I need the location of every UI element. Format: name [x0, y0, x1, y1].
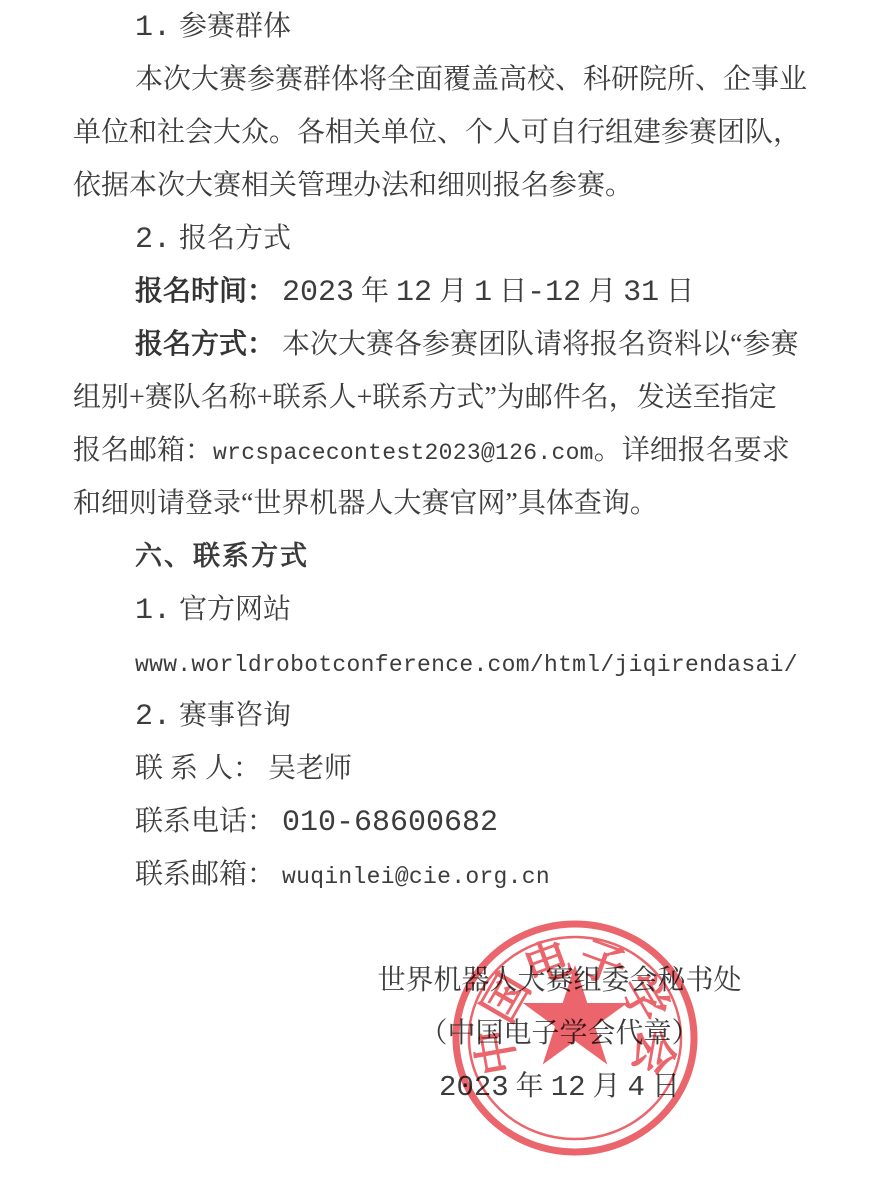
registration-method-line-4: 和细则请登录“世界机器人大赛官网”具体查询。	[73, 477, 798, 530]
text-segment: 依据本次大赛相关管理办法和细则报名参赛。	[73, 170, 633, 201]
text-segment: 赛事咨询	[179, 700, 291, 731]
item-2-heading: 2.报名方式	[73, 212, 798, 265]
text-segment: 31	[623, 276, 659, 310]
website-heading: 1.官方网站	[73, 583, 798, 636]
text-segment: 12	[551, 1071, 586, 1104]
text-segment: 本次大赛各参赛团队请将报名资料以“参赛	[275, 329, 798, 360]
text-segment: wrcspacecontest2023@126.com	[213, 440, 594, 466]
text-segment: 1	[474, 276, 492, 310]
contact-phone-line: 联系电话： 010-68600682	[73, 795, 798, 848]
text-segment: 和细则请登录“世界机器人大赛官网”具体查询。	[73, 488, 658, 519]
section-6-heading: 六、联系方式	[73, 530, 798, 583]
text-segment: 月	[581, 276, 623, 307]
contact-email-line: 联系邮箱： wuqinlei@cie.org.cn	[73, 848, 798, 901]
text-segment: 本次大赛参赛群体将全面覆盖高校、科研院所、企事业	[135, 64, 807, 95]
registration-method-line-2: 组别+赛队名称+联系人+联系方式”为邮件名，发送至指定	[73, 371, 798, 424]
text-segment: 月	[432, 276, 474, 307]
text-segment: wuqinlei@cie.org.cn	[282, 864, 550, 890]
text-segment: 2.	[135, 700, 171, 734]
text-segment: 月	[586, 1071, 628, 1102]
text-segment: 4	[628, 1071, 645, 1104]
text-segment: 世界机器人大赛组委会秘书处	[377, 965, 741, 996]
text-segment	[275, 859, 282, 890]
text-segment: 2.	[135, 223, 171, 257]
text-segment: 参赛群体	[179, 11, 291, 42]
text-segment: www.worldrobotconference.com/html/jiqire…	[135, 652, 798, 678]
para-participants-line-2: 单位和社会大众。各相关单位、个人可自行组建参赛团队，	[73, 106, 798, 159]
signature-org-line: 世界机器人大赛组委会秘书处	[197, 954, 871, 1007]
text-segment: 联 系 人：	[135, 753, 261, 784]
text-segment: 日	[659, 276, 694, 307]
text-segment: 报名方式	[179, 223, 291, 254]
text-segment: 1.	[135, 11, 171, 45]
para-participants-line-1: 本次大赛参赛群体将全面覆盖高校、科研院所、企事业	[73, 53, 798, 106]
text-segment: 吴老师	[261, 753, 352, 784]
para-participants-line-3: 依据本次大赛相关管理办法和细则报名参赛。	[73, 159, 798, 212]
text-segment: 报名时间：	[135, 276, 275, 307]
blank-line	[73, 901, 798, 954]
text-segment: 组别+赛队名称+联系人+联系方式”为邮件名，发送至指定	[73, 382, 777, 413]
text-segment: 010-68600682	[282, 806, 498, 840]
text-segment: 年	[354, 276, 396, 307]
text-segment	[275, 276, 282, 307]
text-segment: 联系邮箱：	[135, 859, 275, 890]
text-segment: 报名方式：	[135, 329, 275, 360]
text-segment: 日	[645, 1071, 680, 1102]
document-body: 1.参赛群体本次大赛参赛群体将全面覆盖高校、科研院所、企事业单位和社会大众。各相…	[73, 0, 798, 1113]
text-segment: 。详细报名要求	[594, 435, 790, 466]
text-segment: 2023	[282, 276, 354, 310]
text-segment: 六、联系方式	[135, 541, 309, 571]
text-segment: 年	[509, 1071, 551, 1102]
website-url-line: www.worldrobotconference.com/html/jiqire…	[73, 636, 798, 689]
item-1-heading: 1.参赛群体	[73, 0, 798, 53]
signature-date-line: 2023 年 12 月 4 日	[197, 1060, 871, 1113]
text-segment: 2023	[439, 1071, 509, 1104]
signature-seal-note-line: （中国电子学会代章）	[197, 1007, 871, 1060]
contact-person-line: 联 系 人： 吴老师	[73, 742, 798, 795]
text-segment: 官方网站	[179, 594, 291, 625]
text-segment: 1.	[135, 594, 171, 628]
text-segment: 报名邮箱：	[73, 435, 213, 466]
text-segment: 联系电话：	[135, 806, 275, 837]
text-segment: -12	[527, 276, 581, 310]
registration-method-line-3: 报名邮箱：wrcspacecontest2023@126.com。详细报名要求	[73, 424, 798, 477]
text-segment: 单位和社会大众。各相关单位、个人可自行组建参赛团队，	[73, 117, 801, 148]
document-page: 1.参赛群体本次大赛参赛群体将全面覆盖高校、科研院所、企事业单位和社会大众。各相…	[0, 0, 871, 1177]
consult-heading: 2.赛事咨询	[73, 689, 798, 742]
text-segment	[275, 806, 282, 837]
text-segment: （中国电子学会代章）	[419, 1018, 699, 1049]
registration-time-line: 报名时间： 2023 年 12 月 1 日-12 月 31 日	[73, 265, 798, 318]
registration-method-line-1: 报名方式： 本次大赛各参赛团队请将报名资料以“参赛	[73, 318, 798, 371]
text-segment: 日	[492, 276, 527, 307]
text-segment: 12	[396, 276, 432, 310]
